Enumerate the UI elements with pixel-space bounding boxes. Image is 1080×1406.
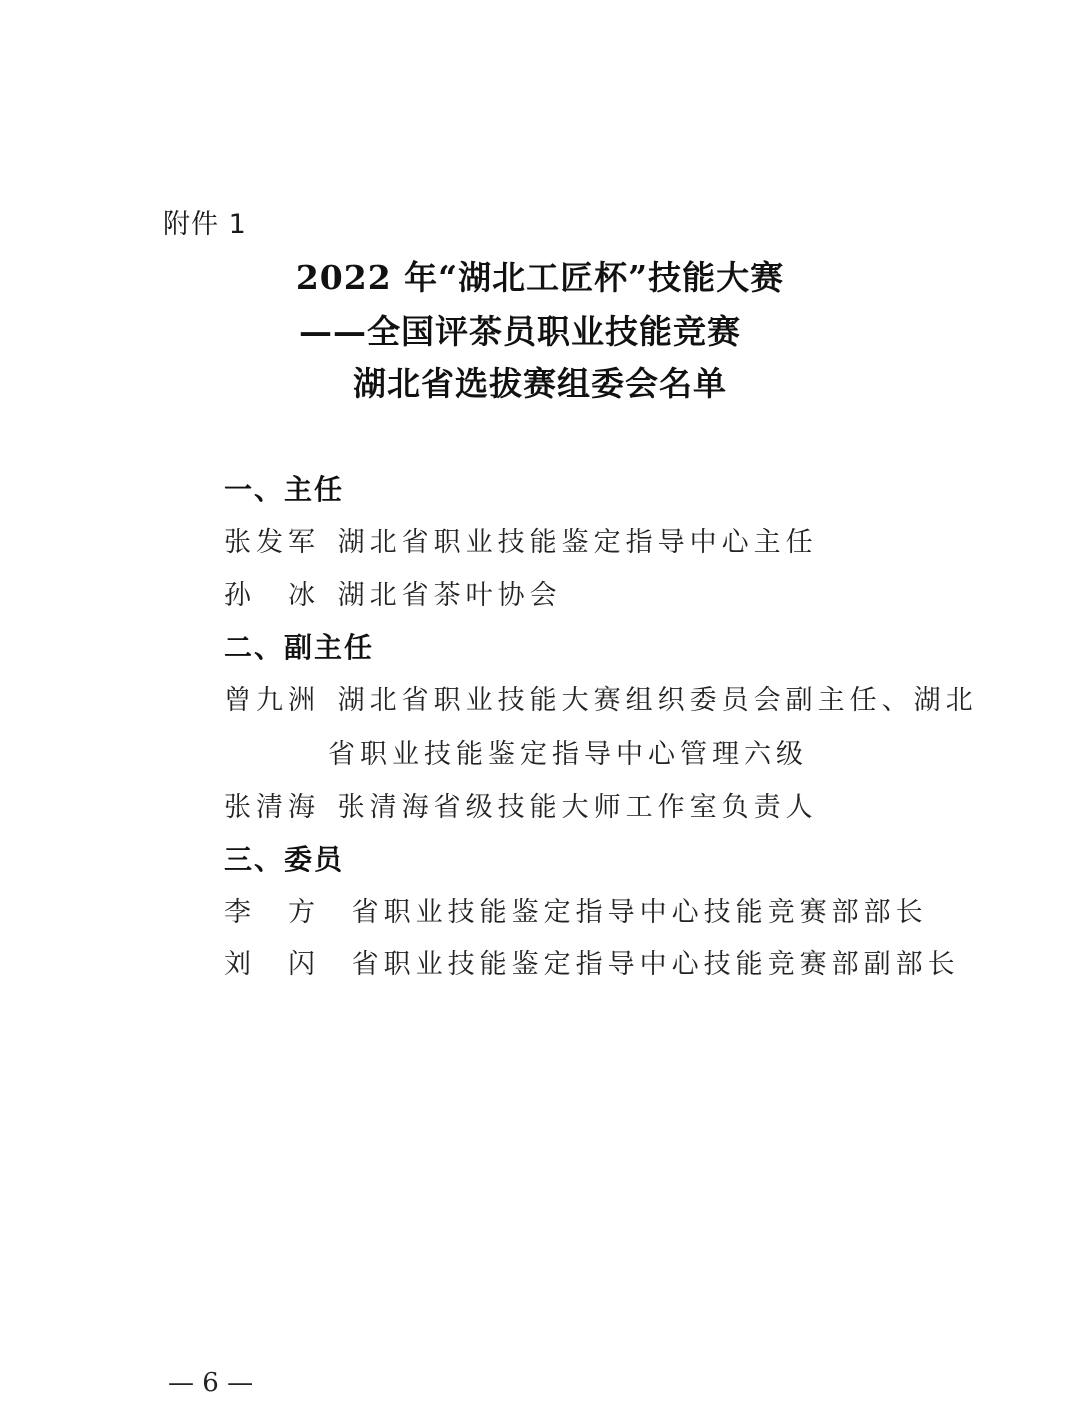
member-name: 曾九洲 — [224, 678, 320, 717]
member-name: 张清海 — [224, 785, 320, 824]
section-heading-members: 三、委员 — [224, 838, 344, 878]
member-row: 孙 冰 湖北省茶叶协会 — [224, 573, 562, 612]
title-line-3: 湖北省选拔赛组委会名单 — [0, 358, 1080, 405]
member-row: 刘 闪 省职业技能鉴定指导中心技能竞赛部副部长 — [224, 942, 960, 981]
section-heading-director: 一、主任 — [224, 468, 344, 508]
member-row: 李 方 省职业技能鉴定指导中心技能竞赛部部长 — [224, 890, 928, 929]
member-role: 省职业技能鉴定指导中心技能竞赛部部长 — [352, 890, 928, 929]
section-heading-deputy-director: 二、副主任 — [224, 626, 374, 666]
member-name: 张发军 — [224, 520, 320, 559]
member-row: 张发军 湖北省职业技能鉴定指导中心主任 — [224, 520, 818, 559]
member-role: 湖北省职业技能鉴定指导中心主任 — [338, 520, 818, 559]
member-role: 湖北省职业技能大赛组织委员会副主任、湖北 — [338, 678, 978, 717]
member-role: 省职业技能鉴定指导中心技能竞赛部副部长 — [352, 942, 960, 981]
member-row: 曾九洲 湖北省职业技能大赛组织委员会副主任、湖北 — [224, 678, 978, 717]
title-line-1: 2022 年“湖北工匠杯”技能大赛 — [0, 252, 1080, 299]
member-row: 张清海 张清海省级技能大师工作室负责人 — [224, 785, 818, 824]
member-name: 李 方 — [224, 890, 320, 929]
title-line-2: ——全国评茶员职业技能竞赛 — [0, 306, 1060, 353]
attachment-label: 附件 1 — [163, 202, 247, 241]
member-role-continuation: 省职业技能鉴定指导中心管理六级 — [328, 732, 808, 771]
member-name: 孙 冰 — [224, 573, 320, 612]
member-role: 张清海省级技能大师工作室负责人 — [338, 785, 818, 824]
member-role: 湖北省茶叶协会 — [338, 573, 562, 612]
page-number: — 6 — — [168, 1368, 253, 1398]
member-name: 刘 闪 — [224, 942, 320, 981]
